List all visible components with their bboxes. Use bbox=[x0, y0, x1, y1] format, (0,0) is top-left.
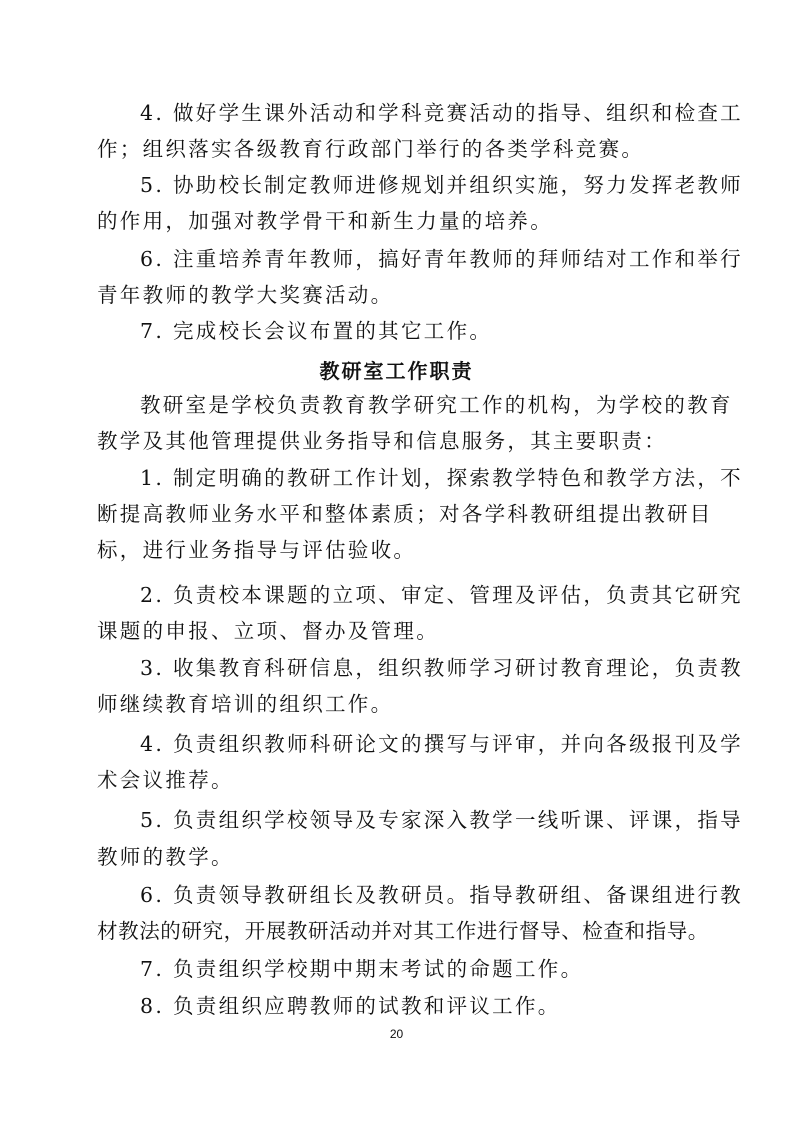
paragraph-line: 4. 做好学生课外活动和学科竞赛活动的指导、组织和检查工 bbox=[140, 100, 740, 126]
paragraph-line: 的作用，加强对教学骨干和新生力量的培养。 bbox=[97, 208, 697, 234]
paragraph-line: 教师的教学。 bbox=[97, 844, 697, 870]
paragraph-line: 5. 负责组织学校领导及专家深入教学一线听课、评课，指导 bbox=[140, 807, 740, 833]
section-title: 教研室工作职责 bbox=[0, 355, 793, 384]
paragraph-line: 8. 负责组织应聘教师的试教和评议工作。 bbox=[140, 993, 740, 1019]
paragraph-line: 6. 负责领导教研组长及教研员。指导教研组、备课组进行教 bbox=[140, 882, 740, 908]
paragraph-line: 教研室是学校负责教育教学研究工作的机构，为学校的教育 bbox=[140, 392, 740, 418]
paragraph-line: 断提高教师业务水平和整体素质；对各学科教研组提出教研目 bbox=[97, 501, 697, 527]
paragraph-line: 师继续教育培训的组织工作。 bbox=[97, 691, 697, 717]
paragraph-line: 1. 制定明确的教研工作计划，探索教学特色和教学方法，不 bbox=[140, 465, 740, 491]
page-number: 20 bbox=[0, 1027, 793, 1041]
paragraph-line: 7. 完成校长会议布置的其它工作。 bbox=[140, 318, 740, 344]
paragraph-line: 课题的申报、立项、督办及管理。 bbox=[97, 618, 697, 644]
paragraph-line: 5. 协助校长制定教师进修规划并组织实施，努力发挥老教师 bbox=[140, 172, 740, 198]
paragraph-line: 7. 负责组织学校期中期末考试的命题工作。 bbox=[140, 956, 740, 982]
paragraph-line: 3. 收集教育科研信息，组织教师学习研讨教育理论，负责教 bbox=[140, 655, 740, 681]
paragraph-line: 术会议推荐。 bbox=[97, 767, 697, 793]
paragraph-line: 2. 负责校本课题的立项、审定、管理及评估，负责其它研究 bbox=[140, 582, 740, 608]
paragraph-line: 作；组织落实各级教育行政部门举行的各类学科竞赛。 bbox=[97, 136, 697, 162]
paragraph-line: 材教法的研究，开展教研活动并对其工作进行督导、检查和指导。 bbox=[97, 918, 697, 944]
paragraph-line: 青年教师的教学大奖赛活动。 bbox=[97, 282, 697, 308]
paragraph-line: 标，进行业务指导与评估验收。 bbox=[97, 537, 697, 563]
paragraph-line: 6. 注重培养青年教师，搞好青年教师的拜师结对工作和举行 bbox=[140, 246, 740, 272]
document-page: 4. 做好学生课外活动和学科竞赛活动的指导、组织和检查工 作；组织落实各级教育行… bbox=[0, 0, 793, 1122]
paragraph-line: 教学及其他管理提供业务指导和信息服务，其主要职责： bbox=[97, 428, 697, 454]
paragraph-line: 4. 负责组织教师科研论文的撰写与评审，并向各级报刊及学 bbox=[140, 731, 740, 757]
